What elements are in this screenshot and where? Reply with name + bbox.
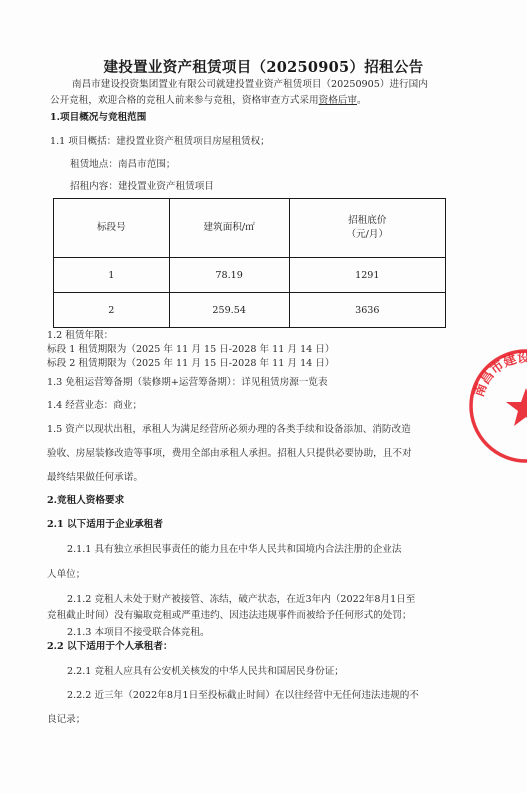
lease-location: 租赁地点：南昌市范围； [70, 159, 176, 171]
intro-line-1: 南昌市建设投资集团置业有限公司就建投置业资产租赁项目（20250905）进行国内 [72, 79, 428, 91]
section-2-1-1-line-2: 人单位； [47, 569, 85, 581]
cell-price: 1291 [289, 258, 445, 293]
lease-term-lot-1: 标段 1 租赁期限为（2025 年 11 月 15 日-2028 年 11 月 … [47, 344, 335, 356]
lease-content: 招租内容：建投置业资产租赁项目 [70, 181, 214, 193]
cell-area: 78.19 [169, 258, 289, 293]
intro-line-2: 公开竞租，欢迎合格的竞租人前来参与竞租，资格审查方式采用资格后审。 [50, 95, 367, 107]
company-seal: 南昌市建设投资集团置业有限公司 [466, 346, 527, 466]
section-1-4: 1.4 经营业态：商业； [47, 400, 142, 412]
qualification-method: 资格后审 [319, 95, 357, 106]
intro-period: 。 [357, 95, 367, 106]
section-2-heading: 2.竞租人资格要求 [47, 495, 124, 507]
section-1-heading: 1.项目概况与竞租范围 [50, 112, 146, 124]
section-2-1-3: 2.1.3 本项目不接受联合体竞租。 [67, 627, 210, 639]
section-2-2-2-line-1: 2.2.2 近三年（2022年8月1日至投标截止时间）在以往经营中无任何违法违规… [67, 690, 419, 702]
section-2-2-2-line-2: 良记录； [47, 714, 85, 726]
section-2-2-heading: 2.2 以下适用于个人承租者： [47, 641, 173, 653]
cell-lot: 2 [54, 293, 170, 328]
section-2-2-1: 2.2.1 竞租人应具有公安机关核发的中华人民共和国居民身份证； [67, 666, 344, 678]
table-row: 2 259.54 3636 [54, 293, 446, 328]
cell-lot: 1 [54, 258, 170, 293]
intro-text: 公开竞租，欢迎合格的竞租人前来参与竞租，资格审查方式采用 [50, 95, 319, 106]
section-1-2-heading: 1.2 租赁年限： [47, 330, 113, 342]
section-1-5-line-1: 1.5 资产以现状出租，承租人为满足经营所必须办理的各类手续和设备添加、消防改造 [47, 424, 411, 436]
section-1-1: 1.1 项目概括：建投置业资产租赁项目房屋租赁权； [50, 136, 270, 148]
section-1-5-line-2: 验收、房屋装修改造等事项，费用全部由承租人承担。招租人只提供必要协助，且不对 [47, 448, 412, 460]
header-floor-area: 建筑面积/㎡ [169, 199, 289, 258]
section-2-1-2-line-2: 竞租截止时间）没有骗取竞租或严重违约、因违法违规事件而被给予任何形式的处罚； [47, 610, 412, 622]
lease-term-lot-2: 标段 2 租赁期限为（2025 年 11 月 15 日-2028 年 11 月 … [47, 358, 335, 370]
cell-area: 259.54 [169, 293, 289, 328]
cell-price: 3636 [289, 293, 445, 328]
section-1-3: 1.3 免租运营筹备期（装修期+运营筹备期）：详见租赁房源一览表 [47, 377, 328, 389]
header-lot-number: 标段号 [54, 199, 170, 258]
table-row: 1 78.19 1291 [54, 258, 446, 293]
section-2-1-2-line-1: 2.1.2 竞租人未处于财产被接管、冻结，破产状态，在近3年内（2022年8月1… [67, 594, 415, 606]
document-title: 建投置业资产租赁项目（20250905）招租公告 [0, 56, 527, 77]
header-reserve-price: 招租底价 （元/月） [289, 199, 445, 258]
section-2-1-heading: 2.1 以下适用于企业承租者 [47, 519, 163, 531]
header-price-label: 招租底价 [290, 214, 445, 228]
section-2-1-1-line-1: 2.1.1 具有独立承担民事责任的能力且在中华人民共和国境内合法注册的企业法 [67, 544, 401, 556]
seal-icon: 南昌市建设投资集团置业有限公司 [466, 346, 527, 466]
lot-table: 标段号 建筑面积/㎡ 招租底价 （元/月） 1 78.19 1291 2 259… [53, 198, 446, 328]
table-header-row: 标段号 建筑面积/㎡ 招租底价 （元/月） [54, 199, 446, 258]
seal-star-icon [506, 388, 527, 426]
header-price-unit: （元/月） [290, 228, 445, 242]
document-page: 建投置业资产租赁项目（20250905）招租公告 南昌市建设投资集团置业有限公司… [0, 0, 527, 793]
section-1-5-line-3: 最终结果做任何承诺。 [47, 472, 143, 484]
